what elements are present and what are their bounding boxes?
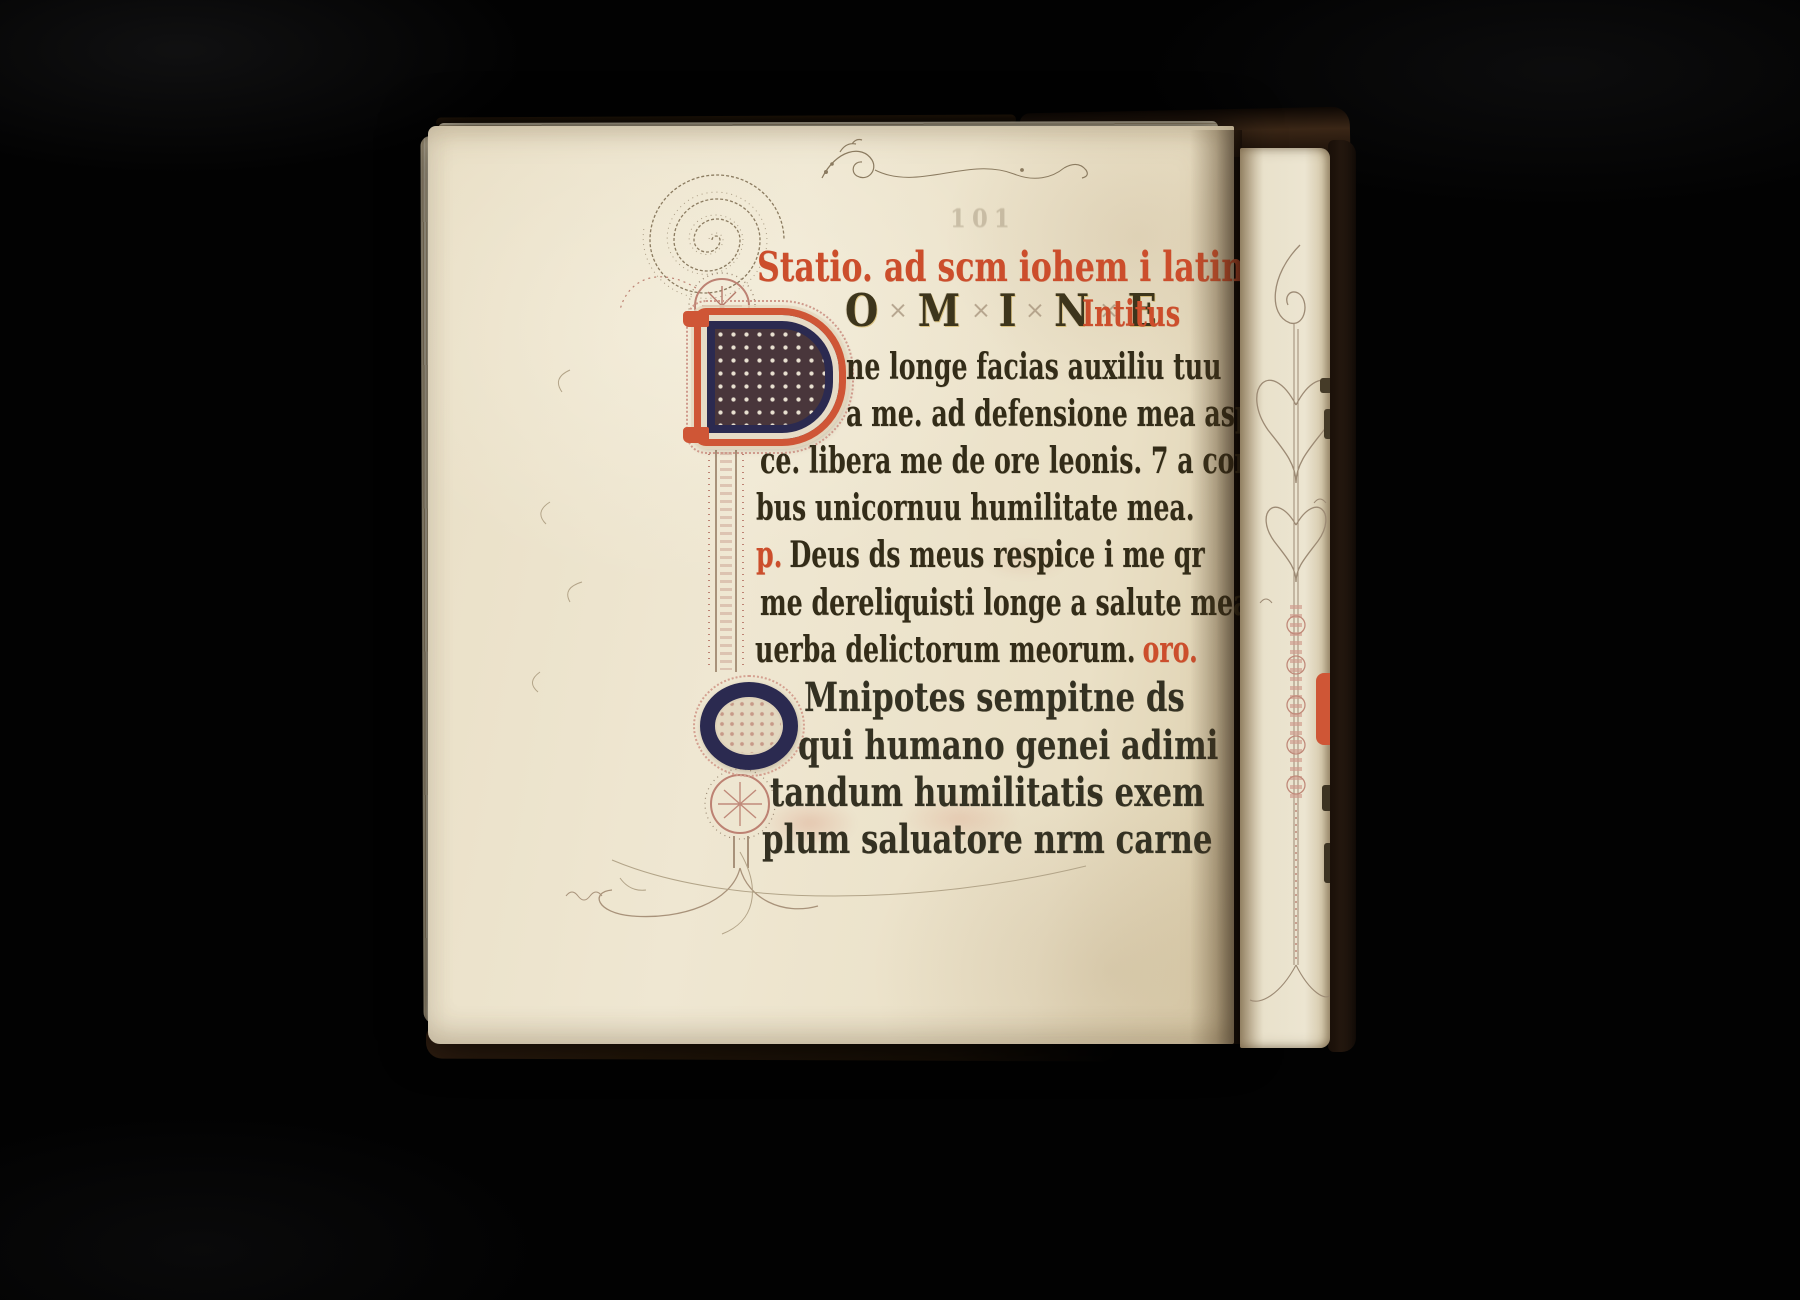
cadel-letter: M	[918, 288, 960, 333]
gutter-shadow	[1190, 130, 1242, 1044]
recto-penwork-border	[1240, 203, 1330, 1048]
penwork-knot-icon	[1027, 303, 1042, 318]
illuminated-initial-D	[694, 308, 846, 446]
illuminated-initial-O	[700, 682, 798, 770]
text-line: ne longe facias auxiliu tuu	[846, 349, 1221, 385]
text-line: tandum humilitatis exem	[770, 773, 1205, 813]
psalm-text: Deus ds meus respice i me qr	[789, 534, 1204, 576]
text-line: plum saluatore nrm carne	[762, 820, 1212, 860]
text-line: bus unicornuu humilitate mea.	[756, 490, 1195, 526]
text-line: me dereliquisti longe a salute mea	[760, 585, 1249, 621]
penwork-sprigs	[800, 130, 1110, 208]
text-line-oratio: uerba delictorum meorum.oro.	[755, 632, 1198, 668]
psalm-text: uerba delictorum meorum.	[755, 629, 1136, 671]
text-line: Mnipotes sempitne ds	[804, 678, 1185, 718]
manuscript-right-page-edge	[1240, 148, 1330, 1048]
text-line-psalm: p.Deus ds meus respice i me qr	[756, 537, 1205, 573]
psalm-mark: p.	[756, 534, 782, 576]
leather-cover-right-edge	[1328, 140, 1356, 1052]
penwork-knot-icon	[973, 303, 988, 318]
cadel-letter: O	[845, 288, 878, 333]
genre-label: Intitus	[1082, 296, 1180, 332]
penwork-knot-icon	[890, 303, 905, 318]
manuscript-photo: 101 Statio. ad scm iohem i latino O M I …	[0, 0, 1800, 1300]
foliation-mark: 101	[950, 206, 1016, 231]
cadel-letter: I	[999, 288, 1017, 333]
text-line: qui humano genei adimi	[798, 726, 1218, 766]
